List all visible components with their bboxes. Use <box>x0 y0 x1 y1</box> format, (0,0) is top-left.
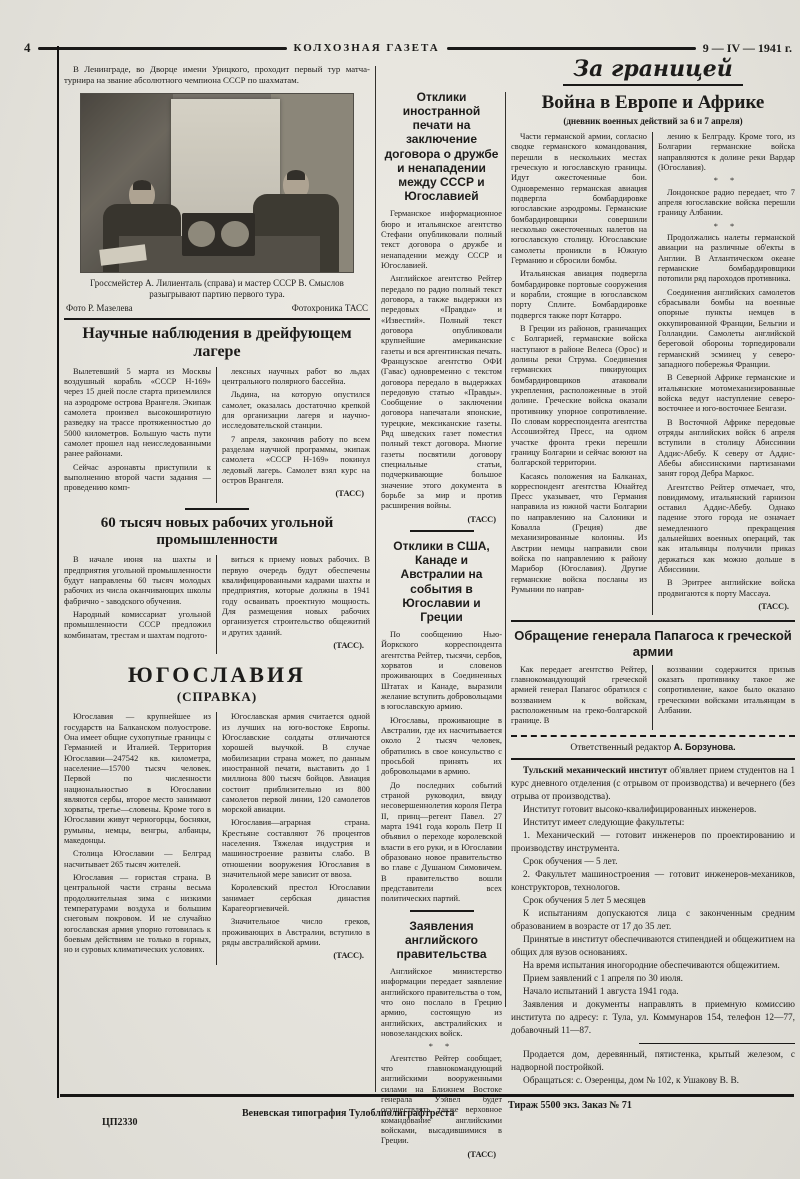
coal-paragraph: Народный комиссариат угольной промышленн… <box>64 610 211 641</box>
war-paragraph: В Северной Африке германские и итальянск… <box>658 373 795 414</box>
war-paragraph: Лондонское радио передает, что 7 апреля … <box>658 188 795 219</box>
footer-typography: Веневская типография Тулоблполиграфтрест… <box>242 1108 454 1119</box>
photo-clock-dial <box>188 221 216 247</box>
article-separator-rule <box>410 910 474 912</box>
war-paragraph: Соединения английских самолетов сбрасыва… <box>658 288 795 371</box>
press-responses-body: Германское информационное бюро и итальян… <box>381 209 502 525</box>
papagos-article-columns: Как передает агентство Рейтер, главноком… <box>511 665 795 730</box>
war-paragraph: * * <box>658 222 795 232</box>
institute-ad-paragraph: Принятые в институт обеспечиваются стипе… <box>511 934 795 960</box>
yugoslavia-paragraph: Югославия — гористая страна. В центральн… <box>64 873 211 956</box>
science-article-columns: Вылетевший 5 марта из Москвы воздушный к… <box>64 367 370 503</box>
house-sale-paragraph: Обращаться: с. Озеренцы, дом № 102, к Уш… <box>511 1075 795 1088</box>
left-section: В Ленинграде, во Дворце имени Урицкого, … <box>64 64 370 965</box>
war-paragraph: Продолжались налеты германской авиации н… <box>658 233 795 285</box>
war-paragraph: В Восточной Африке передовые отряды англ… <box>658 418 795 480</box>
papagos-column-1: Как передает агентство Рейтер, главноком… <box>511 665 653 730</box>
institute-ad-paragraph: Институт готовит высоко-квалифицированны… <box>511 804 795 817</box>
footer-circulation: Тираж 5500 экз. Заказ № 71 <box>508 1100 632 1111</box>
yugoslavia-paragraph: Югославия—аграрная страна. Крестьяне сос… <box>222 818 370 880</box>
war-column-1: Части германской армии, согласно сводке … <box>511 132 653 615</box>
page-number: 4 <box>24 40 31 56</box>
yugoslavia-column-2: Югославская армия считается одной из луч… <box>217 712 370 965</box>
issue-date: 9 — IV — 1941 г. <box>703 41 792 56</box>
coal-article-columns: В начале июня на шахты и предприятия уго… <box>64 555 370 654</box>
photo-player-hair <box>133 180 151 190</box>
yugoslavia-paragraph: Югославия — крупнейшее из государств на … <box>64 712 211 846</box>
coal-paragraph: (ТАСС). <box>222 641 370 651</box>
photo-credit-agency: Фотохроника ТАСС <box>292 303 368 313</box>
war-paragraph: (ТАСС). <box>658 602 795 612</box>
yugoslavia-article-title: ЮГОСЛАВИЯ <box>64 662 370 688</box>
usa-responses-title: Отклики в США, Канаде и Австралии на соб… <box>381 539 502 624</box>
yugoslavia-article-columns: Югославия — крупнейшее из государств на … <box>64 712 370 965</box>
papagos-column-2: воззвании содержится призыв оказать прот… <box>653 665 795 730</box>
house-sale-ad-body: Продается дом, деревянный, пятистенка, к… <box>511 1049 795 1088</box>
left-edge-rule <box>57 46 59 1098</box>
usa-responses-paragraph: Югославы, проживающие в Австралии, где и… <box>381 716 502 778</box>
papagos-paragraph: воззвании содержится призыв оказать прот… <box>658 665 795 717</box>
press-responses-paragraph: Германское информационное бюро и итальян… <box>381 209 502 271</box>
coal-paragraph: В начале июня на шахты и предприятия уго… <box>64 555 211 607</box>
papagos-article-title: Обращение генерала Папагоса к греческой … <box>511 628 795 659</box>
photo-chess-clock <box>182 213 255 256</box>
masthead-title: КОЛХОЗНАЯ ГАЗЕТА <box>294 42 440 54</box>
science-paragraph: Льдина, на которую опустился самолет, ок… <box>222 390 370 431</box>
uk-statements-body: Английское министерство информации перед… <box>381 967 502 1160</box>
footer-rule <box>60 1094 794 1097</box>
institute-ad-paragraph: 1. Механический — готовит инженеров по п… <box>511 830 795 856</box>
house-sale-ad: Продается дом, деревянный, пятистенка, к… <box>511 1049 795 1088</box>
column-divider-1 <box>375 66 376 1092</box>
usa-responses-body: По сообщению Нью-Йоркского корреспондент… <box>381 630 502 905</box>
house-sale-paragraph: Продается дом, деревянный, пятистенка, к… <box>511 1049 795 1075</box>
yugoslavia-article-subtitle: (СПРАВКА) <box>64 689 370 705</box>
ad-separator-rule <box>639 1043 795 1044</box>
editor-line: Ответственный редактор А. Борзунова. <box>511 742 795 753</box>
middle-column: Отклики иностранной печати на заключение… <box>381 90 502 1163</box>
war-paragraph: В Греции из районов, граничащих с Болгар… <box>511 324 647 469</box>
yugoslavia-paragraph: Значительное число греков, проживающих в… <box>222 917 370 948</box>
war-paragraph: В Эритрее английские войска продвигаются… <box>658 578 795 599</box>
institute-ad-paragraph: Срок обучения — 5 лет. <box>511 856 795 869</box>
yugoslavia-paragraph: Столица Югославии — Белград насчитывает … <box>64 849 211 870</box>
war-paragraph: Агентство Рейтер отмечает, что, повидимо… <box>658 483 795 576</box>
institute-ad-lead-paragraph: Тульский механический институт об'являет… <box>511 765 795 804</box>
war-article-subtitle: (дневник военных действий за 6 и 7 апрел… <box>511 116 795 126</box>
header-rule-right <box>447 47 696 50</box>
section-rule <box>64 318 370 320</box>
institute-ad-paragraph: Начало испытаний 1 августа 1941 года. <box>511 986 795 999</box>
usa-responses-paragraph: По сообщению Нью-Йоркского корреспондент… <box>381 630 502 713</box>
papagos-paragraph: Как передает агентство Рейтер, главноком… <box>511 665 647 727</box>
dashed-rule <box>511 735 795 737</box>
science-column-1: Вылетевший 5 марта из Москвы воздушный к… <box>64 367 217 503</box>
abroad-section-heading: За границей <box>563 56 743 86</box>
science-paragraph: лексных научных работ во льдах центральн… <box>222 367 370 388</box>
war-column-2: лению к Белграду. Кроме того, из Болгари… <box>653 132 795 615</box>
coal-column-2: виться к приему новых рабочих. В первую … <box>217 555 370 654</box>
war-article-title: Война в Европе и Африке <box>511 92 795 114</box>
section-rule <box>511 758 795 760</box>
science-article-title: Научные наблюдения в дрейфующем лагере <box>70 325 364 361</box>
war-paragraph: Касаясь положения на Балканах, корреспон… <box>511 472 647 596</box>
science-paragraph: (ТАСС) <box>222 489 370 499</box>
institute-ad-lead: Тульский механический институт <box>523 766 667 776</box>
yugoslavia-paragraph: (ТАСС). <box>222 951 370 961</box>
science-paragraph: 7 апреля, закончив работу по всем раздел… <box>222 435 370 487</box>
uk-statements-paragraph: (ТАСС) <box>381 1150 502 1160</box>
photo-caption: Гроссмейстер А. Лилиенталь (справа) и ма… <box>68 278 366 301</box>
photo-credits: Фото Р. Мазелева Фотохроника ТАСС <box>66 303 368 313</box>
uk-statements-title: Заявления английского правительства <box>381 919 502 961</box>
section-rule <box>511 620 795 622</box>
uk-statements-paragraph: Английское министерство информации перед… <box>381 967 502 1039</box>
yugoslavia-paragraph: Югославская армия считается одной из луч… <box>222 712 370 815</box>
photo-credit-author: Фото Р. Мазелева <box>66 303 133 313</box>
science-paragraph: Сейчас аэронавты приступили к выполнению… <box>64 463 211 494</box>
editor-name: А. Борзунова. <box>674 742 736 752</box>
war-paragraph: Части германской армии, согласно сводке … <box>511 132 647 266</box>
yugoslavia-paragraph: Королевский престол Югославии занимает с… <box>222 883 370 914</box>
usa-responses-paragraph: До последних событий страной руководил, … <box>381 781 502 905</box>
press-responses-paragraph: (ТАСС) <box>381 515 502 525</box>
column-divider-2 <box>505 92 506 1007</box>
institute-ad-paragraph: На время испытания иногородние обеспечив… <box>511 960 795 973</box>
editor-label: Ответственный редактор <box>570 743 671 753</box>
photo-clock-dial <box>221 221 249 247</box>
institute-ad-paragraph: К испытаниям допускаются лица с закончен… <box>511 908 795 934</box>
coal-article-title: 60 тысяч новых рабочих угольной промышле… <box>74 515 360 550</box>
chess-intro: В Ленинграде, во Дворце имени Урицкого, … <box>64 64 370 86</box>
right-section: За границей Война в Европе и Африке (дне… <box>511 56 795 1088</box>
war-paragraph: * * <box>658 176 795 186</box>
uk-statements-paragraph: * * <box>381 1042 502 1052</box>
uk-statements-paragraph: Агентство Рейтер сообщает, что главноком… <box>381 1054 502 1147</box>
institute-ad: Тульский механический институт об'являет… <box>511 765 795 1038</box>
chess-match-photo <box>80 93 354 273</box>
chess-intro-paragraph: В Ленинграде, во Дворце имени Урицкого, … <box>64 64 370 86</box>
institute-ad-paragraph: 2. Факультет машиностроения — готовит ин… <box>511 869 795 895</box>
header-rule-left <box>38 47 287 50</box>
coal-column-1: В начале июня на шахты и предприятия уго… <box>64 555 217 654</box>
science-column-2: лексных научных работ во льдах центральн… <box>217 367 370 503</box>
press-responses-title: Отклики иностранной печати на заключение… <box>381 90 502 203</box>
yugoslavia-column-1: Югославия — крупнейшее из государств на … <box>64 712 217 965</box>
war-paragraph: лению к Белграду. Кроме того, из Болгари… <box>658 132 795 173</box>
press-responses-paragraph: Английское агентство Рейтер передало по … <box>381 274 502 512</box>
institute-ad-paragraph: Срок обучения 5 лет 5 месяцев <box>511 895 795 908</box>
institute-ad-paragraph: Заявления и документы направлять в прием… <box>511 999 795 1038</box>
article-separator-rule <box>185 508 249 510</box>
article-separator-rule <box>410 530 474 532</box>
photo-player-hair <box>287 170 305 180</box>
science-paragraph: Вылетевший 5 марта из Москвы воздушный к… <box>64 367 211 460</box>
page-header: 4 КОЛХОЗНАЯ ГАЗЕТА 9 — IV — 1941 г. <box>24 40 792 56</box>
coal-paragraph: виться к приему новых рабочих. В первую … <box>222 555 370 638</box>
institute-ad-body: Институт готовит высоко-квалифицированны… <box>511 804 795 1038</box>
footer-print-code: ЦП2330 <box>102 1117 138 1128</box>
war-paragraph: Итальянская авиация подвергла бомбардиро… <box>511 269 647 321</box>
institute-ad-paragraph: Прием заявлений с 1 апреля по 30 июля. <box>511 973 795 986</box>
war-article-columns: Части германской армии, согласно сводке … <box>511 132 795 615</box>
institute-ad-paragraph: Институт имеет следующие факультеты: <box>511 817 795 830</box>
